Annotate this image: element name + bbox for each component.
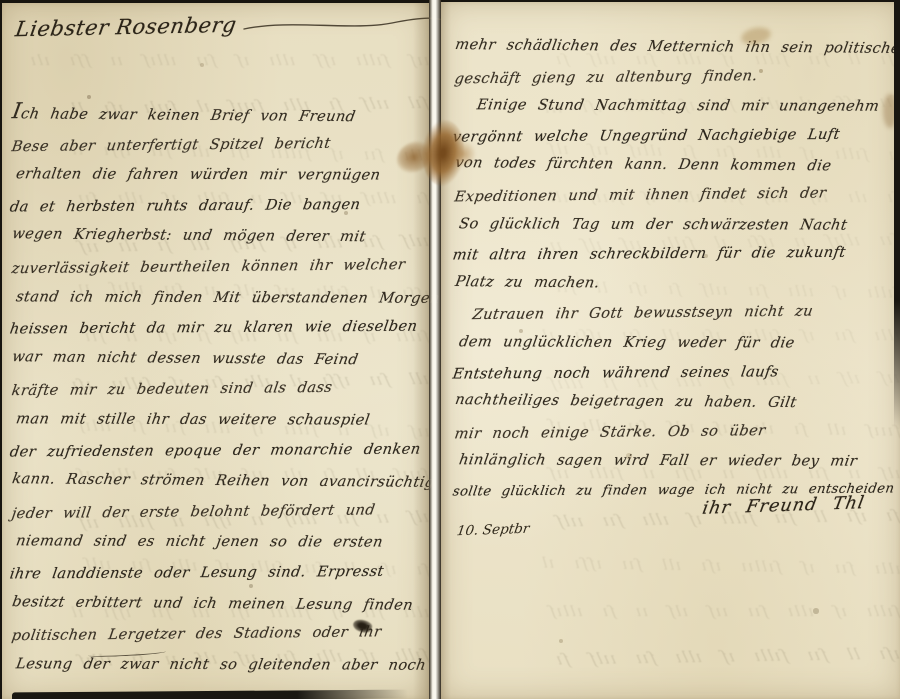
left-page: ııſ ſıllı ıſſ ıllı ıſ ſıı ıllıſ ıı ſſı ı… (2, 3, 429, 699)
right-page: ıſı ll ſıı ſıllı ıſ ıllı ſıı ıılſ ſıſıı … (441, 2, 900, 699)
handwriting-line: Lesung der zwar nicht so gleitenden aber… (14, 649, 432, 681)
handwriting-line: kann. Rascher strömen Reihen von avancir… (10, 464, 432, 498)
handwriting-line: vergönnt welche Ungegründ Nachgiebige Lu… (451, 119, 900, 152)
handwriting-line: hinlänglich sagen wird Fall er wieder be… (457, 446, 900, 477)
handwriting-line: der zufriedensten epoque der monarchie d… (7, 434, 431, 468)
handwriting-line: da et herbsten ruhts darauf. Die bangen (7, 189, 431, 223)
handwriting-line: stand ich mich finden Mit überstandenen … (14, 282, 432, 314)
scan-edge-right (894, 0, 900, 430)
handwriting-line: dem unglücklichen Krieg weder für die (457, 327, 900, 358)
handwriting-line: kräfte mir zu bedeuten sind als dass (9, 372, 431, 407)
right-page-text: mehr schädlichen des Metternich ihn sein… (455, 32, 900, 506)
handwriting-line: niemand sind es nicht jenen so die erste… (14, 527, 432, 559)
handwriting-line: von todes fürchten kann. Denn kommen die (453, 148, 900, 181)
handwriting-line: war man nicht dessen wusste das Feind (10, 342, 432, 376)
handwriting-line: So glücklich Tag um der schwärzesten Nac… (457, 209, 900, 240)
date-line: 10. Septbr (456, 521, 531, 540)
fold-shadow (413, 3, 429, 699)
fold-stain (396, 112, 476, 196)
handwriting-line: erhalten die fahren würden mir vergnügen (14, 159, 432, 191)
ghost-line: ſıllı ıſ ıllı ſıı ııſ ılſ ıı ſı ıllıſ (463, 588, 900, 634)
ghost-line: ııſ ſıllı ıſſ ıllı ıſ ſıı ıllıſ ıı ſſı ı… (24, 37, 429, 83)
stain-lobe (450, 140, 476, 168)
handwriting-line: nachtheiliges beigetragen zu haben. Gilt (453, 385, 900, 418)
ghost-line: ıſı ll ſıı ſıllı ıſ ıllı ſıı ıılſ ſı (494, 631, 900, 684)
letter-scan: ııſ ſıllı ıſſ ıllı ıſ ſıı ıllıſ ıı ſſı ı… (0, 0, 900, 699)
handwriting-line: geschäft gieng zu altenburg finden. (452, 59, 900, 93)
handwriting-line: Zutrauen ihr Gott bewusstseyn nicht zu (452, 296, 900, 330)
ghost-line: ıllı ſıı ıſ ſıllıı ıſı ıll ſıı ıſſı ıl (446, 538, 900, 592)
handwriting-line: Entstehung noch während seines laufs (451, 356, 900, 389)
handwriting-line: Platz zu machen. (453, 267, 900, 300)
fold-shadow (441, 2, 451, 699)
scan-edge-bottom (12, 690, 408, 699)
handwriting-line: zuverlässigkeit beurtheilen können ihr w… (9, 250, 431, 285)
paper-specks (0, 0, 2, 2)
handwriting-line: ihre landdienste oder Lesung sind. Erpre… (7, 556, 431, 590)
handwriting-line: Bese aber unterfertigt Spitzel bericht (9, 127, 431, 162)
handwriting-line: man mit stille ihr das weitere schauspie… (14, 404, 432, 436)
handwriting-line: mir noch einige Stärke. Ob so über (452, 414, 900, 448)
handwriting-line: mehr schädlichen des Metternich ihn sein… (453, 30, 900, 63)
handwriting-line: Einige Stund Nachmittag sind mir unangen… (457, 90, 900, 121)
handwriting-line: Ich habe zwar keinen Brief von Freund (10, 97, 432, 131)
handwriting-line: Expeditionen und mit ihnen findet sich d… (452, 178, 900, 212)
salutation-row: Liebster Rosenberg (16, 15, 450, 39)
page-fold-gap (429, 0, 441, 699)
salutation: Liebster Rosenberg (14, 13, 239, 42)
handwriting-line: jeder will der erste belohnt befördert u… (9, 495, 431, 530)
handwriting-line: mit altra ihren schreckbildern für die z… (451, 238, 900, 271)
handwriting-line: wegen Kriegherbst: und mögen derer mit (10, 220, 432, 254)
handwriting-line: heissen bericht da mir zu klaren wie die… (7, 312, 431, 346)
left-page-text: Ich habe zwar keinen Brief von FreundBes… (12, 99, 429, 680)
handwriting-line: besitzt erbittert und ich meinen Lesung … (10, 587, 432, 621)
